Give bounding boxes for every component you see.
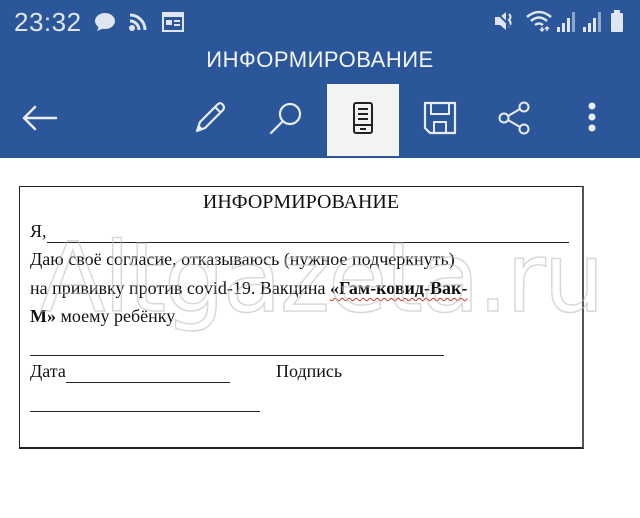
news-icon	[162, 12, 184, 37]
child-line: М» моему ребёнку	[30, 306, 175, 327]
share-icon	[497, 101, 531, 140]
blank-line-1	[30, 355, 444, 356]
vaccine-name-end: М»	[30, 306, 56, 326]
date-blank	[66, 361, 230, 383]
document-title-header: ИНФОРМИРОВАНИЕ	[0, 44, 640, 76]
save-icon	[423, 101, 457, 140]
vaccine-name: «Гам-ковид-Вак-	[330, 278, 467, 298]
signature-blank	[30, 411, 260, 412]
document-title: ИНФОРМИРОВАНИЕ	[20, 191, 582, 214]
app-header: 23:32 ИНФОРМИРОВАНИЕ	[0, 0, 640, 158]
wifi-icon	[526, 10, 552, 37]
vaccine-line: на прививку против covid-19. Вакцина «Га…	[30, 278, 467, 299]
vaccine-line-text: на прививку против covid-19. Вакцина	[30, 278, 330, 298]
pencil-icon	[193, 101, 227, 140]
save-button[interactable]	[406, 84, 474, 156]
consent-line: Даю своё согласие, отказываюсь (нужное п…	[30, 249, 455, 270]
search-button[interactable]	[252, 84, 320, 156]
share-button[interactable]	[480, 84, 548, 156]
message-icon	[94, 12, 116, 37]
toolbar	[0, 84, 640, 156]
document-page[interactable]: ИНФОРМИРОВАНИЕ Я, Даю своё согласие, отк…	[19, 186, 584, 449]
child-line-text: моему ребёнку	[56, 306, 175, 326]
signal-1-icon	[556, 10, 576, 37]
name-blank	[47, 221, 569, 243]
mute-icon	[494, 10, 518, 37]
signal-2-icon	[582, 10, 602, 37]
arrow-left-icon	[22, 103, 58, 138]
mobile-view-icon	[352, 101, 374, 140]
status-bar: 23:32	[0, 0, 640, 44]
back-button[interactable]	[6, 84, 74, 156]
search-icon	[268, 101, 304, 140]
date-label: Дата	[30, 361, 66, 381]
status-time: 23:32	[14, 7, 82, 38]
more-options-button[interactable]	[558, 84, 626, 156]
date-line: Дата	[30, 361, 230, 383]
name-line: Я,	[30, 221, 569, 243]
edit-button[interactable]	[176, 84, 244, 156]
rss-icon	[128, 12, 148, 37]
mobile-view-button[interactable]	[327, 84, 399, 156]
signature-label: Подпись	[276, 361, 342, 382]
ya-label: Я,	[30, 221, 47, 241]
more-vertical-icon	[587, 101, 597, 140]
battery-icon	[610, 10, 624, 37]
